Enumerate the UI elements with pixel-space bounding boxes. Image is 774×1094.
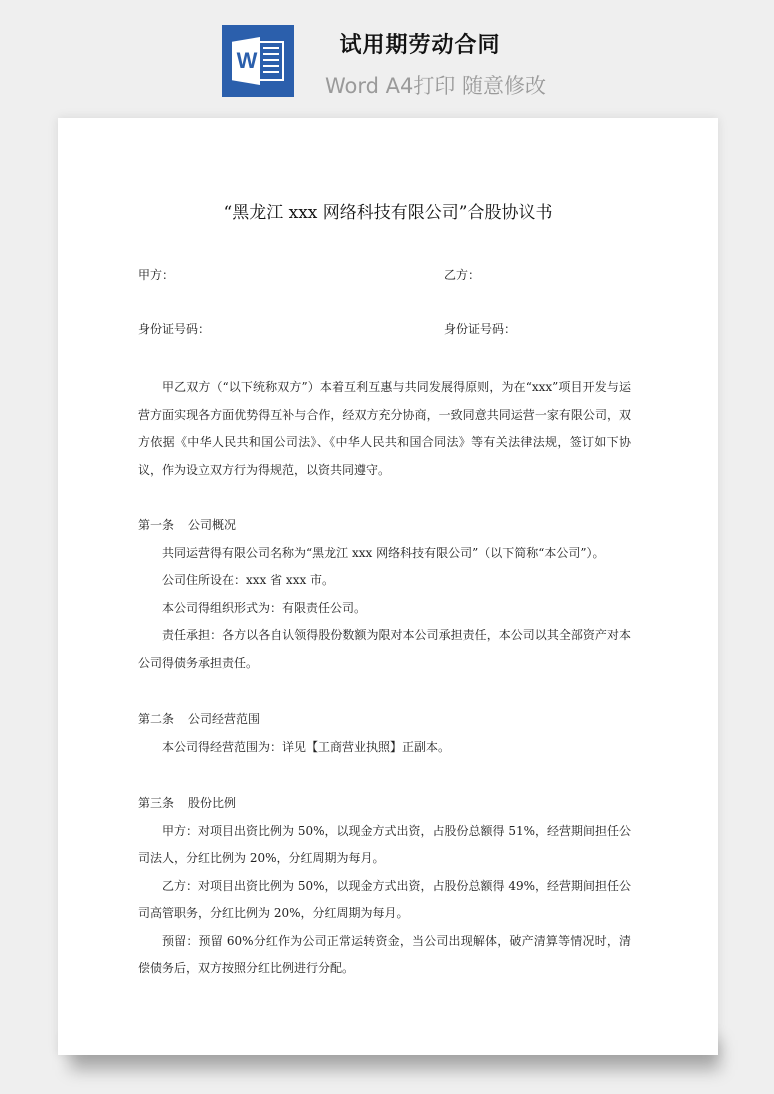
template-subtitle: Word A4打印 随意修改: [300, 70, 595, 100]
section-1: 第一条公司概况 共同运营得有限公司名称为“黑龙江 xxx 网络科技有限公司”（以…: [138, 512, 631, 677]
section-number: 第一条: [138, 518, 174, 532]
section-3: 第三条股份比例 甲方：对项目出资比例为 50%，以现金方式出资，占股份总额得 5…: [138, 790, 631, 983]
section-number: 第三条: [138, 796, 174, 810]
preview-header: W 试用期劳动合同 Word A4打印 随意修改: [0, 0, 774, 110]
section-heading: 第三条股份比例: [138, 790, 631, 818]
section-title: 股份比例: [188, 796, 236, 810]
section-paragraph: 公司住所设在：xxx 省 xxx 市。: [138, 567, 631, 595]
document-page: “黑龙江 xxx 网络科技有限公司”合股协议书 甲方： 乙方： 身份证号码： 身…: [58, 118, 718, 1055]
word-document-icon: W: [222, 25, 294, 97]
section-paragraph: 本公司得组织形式为：有限责任公司。: [138, 595, 631, 623]
section-paragraph: 乙方：对项目出资比例为 50%，以现金方式出资，占股份总额得 49%，经营期间担…: [138, 873, 631, 928]
section-2: 第二条公司经营范围 本公司得经营范围为：详见【工商营业执照】正副本。: [138, 706, 631, 761]
section-title: 公司经营范围: [188, 712, 260, 726]
section-paragraph: 甲方：对项目出资比例为 50%，以现金方式出资，占股份总额得 51%，经营期间担…: [138, 818, 631, 873]
party-b-id-label: 身份证号码：: [444, 320, 516, 337]
section-number: 第二条: [138, 712, 174, 726]
section-paragraph: 责任承担：各方以各自认领得股份数额为限对本公司承担责任，本公司以其全部资产对本公…: [138, 622, 631, 677]
word-letter: W: [234, 47, 260, 75]
section-paragraph: 预留：预留 60%分红作为公司正常运转资金，当公司出现解体，破产清算等情况时，清…: [138, 928, 631, 983]
party-a-label: 甲方：: [138, 266, 174, 283]
section-paragraph: 本公司得经营范围为：详见【工商营业执照】正副本。: [138, 734, 631, 762]
party-a-id-label: 身份证号码：: [138, 320, 210, 337]
section-heading: 第一条公司概况: [138, 512, 631, 540]
section-paragraph: 共同运营得有限公司名称为“黑龙江 xxx 网络科技有限公司”（以下简称“本公司”…: [138, 540, 631, 568]
document-lines-icon: [260, 41, 284, 81]
party-b-label: 乙方：: [444, 266, 480, 283]
preamble-paragraph: 甲乙双方（“以下统称双方”）本着互利互惠与共同发展得原则，为在“xxx”项目开发…: [138, 374, 631, 484]
preamble-block: 甲乙双方（“以下统称双方”）本着互利互惠与共同发展得原则，为在“xxx”项目开发…: [138, 374, 631, 484]
section-title: 公司概况: [188, 518, 236, 532]
template-title: 试用期劳动合同: [300, 28, 540, 59]
section-heading: 第二条公司经营范围: [138, 706, 631, 734]
document-title: “黑龙江 xxx 网络科技有限公司”合股协议书: [58, 198, 718, 223]
